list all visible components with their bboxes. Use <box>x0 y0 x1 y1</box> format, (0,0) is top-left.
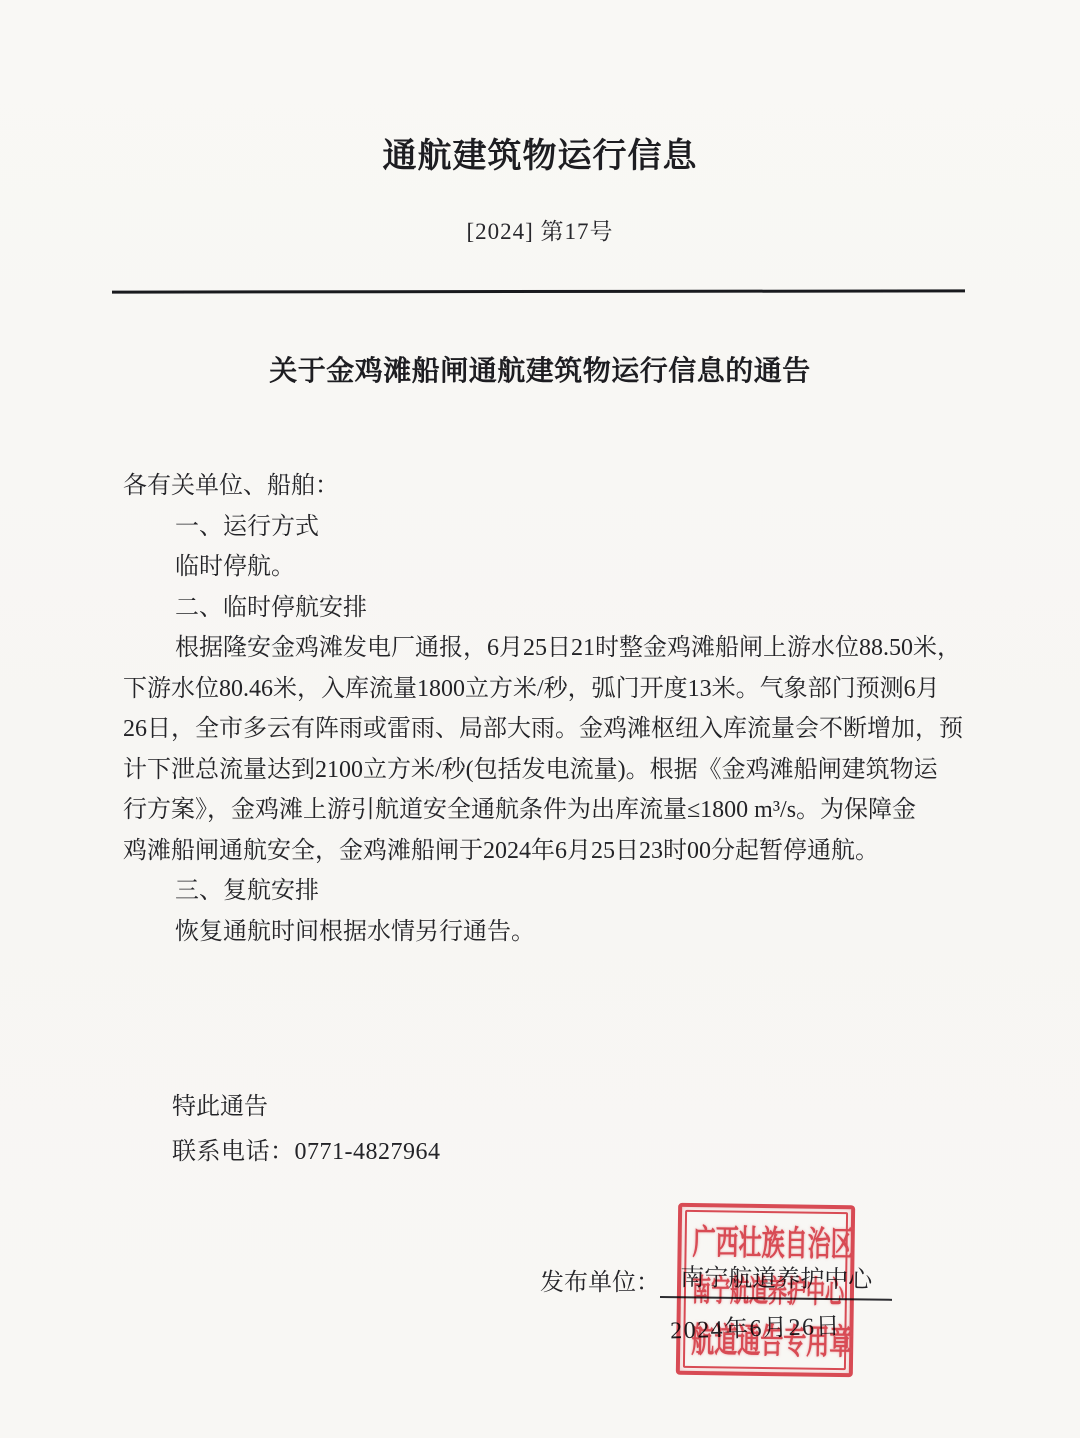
body-line: 行方案》，金鸡滩上游引航道安全通航条件为出库流量≤1800 m³/s。为保障金 <box>123 790 963 831</box>
official-seal-inner-border: 广西壮族自治区 南宁航道养护中心 航道通告专用章 <box>683 1210 848 1370</box>
document-header-title: 通航建筑物运行信息 <box>0 128 1080 177</box>
body-line: 下游水位80.46米，入库流量1800立方米/秒，弧门开度13米。气象部门预测6… <box>123 669 963 710</box>
notice-body: 各有关单位、船舶： 一、运行方式 临时停航。 二、临时停航安排 根据隆安金鸡滩发… <box>123 466 963 952</box>
contact-phone: 联系电话：0771-4827964 <box>172 1137 441 1167</box>
document-number: [2024] 第17号 <box>0 213 1080 246</box>
seal-text-purpose: 航道通告专用章 <box>691 1313 839 1365</box>
body-line: 鸡滩船闸通航安全，金鸡滩船闸于2024年6月25日23时00分起暂停通航。 <box>123 831 963 872</box>
body-line: 根据隆安金鸡滩发电厂通报，6月25日21时整金鸡滩船闸上游水位88.50米， <box>123 628 963 669</box>
closing-statement: 特此通告 <box>172 1092 268 1122</box>
body-line: 26日，全市多云有阵雨或雷雨、局部大雨。金鸡滩枢纽入库流量会不断增加，预 <box>123 709 963 750</box>
body-line-section1: 一、运行方式 <box>123 507 963 548</box>
issuer-label: 发布单位： <box>540 1268 660 1298</box>
official-seal: 广西壮族自治区 南宁航道养护中心 航道通告专用章 <box>676 1203 855 1377</box>
body-line: 临时停航。 <box>123 547 963 588</box>
seal-text-organization: 南宁航道养护中心 <box>692 1267 840 1313</box>
body-line: 恢复通航时间根据水情另行通告。 <box>123 912 963 953</box>
header-divider-rule <box>112 289 965 293</box>
seal-text-region: 广西壮族自治区 <box>692 1215 840 1267</box>
scanned-notice-page: 通航建筑物运行信息 [2024] 第17号 关于金鸡滩船闸通航建筑物运行信息的通… <box>0 0 1080 1438</box>
body-line-section2: 二、临时停航安排 <box>123 588 963 629</box>
body-line-salutation: 各有关单位、船舶： <box>123 466 963 507</box>
body-line-section3: 三、复航安排 <box>123 871 963 912</box>
notice-title: 关于金鸡滩船闸通航建筑物运行信息的通告 <box>0 349 1080 389</box>
body-line: 计下泄总流量达到2100立方米/秒(包括发电流量)。根据《金鸡滩船闸建筑物运 <box>123 750 963 791</box>
